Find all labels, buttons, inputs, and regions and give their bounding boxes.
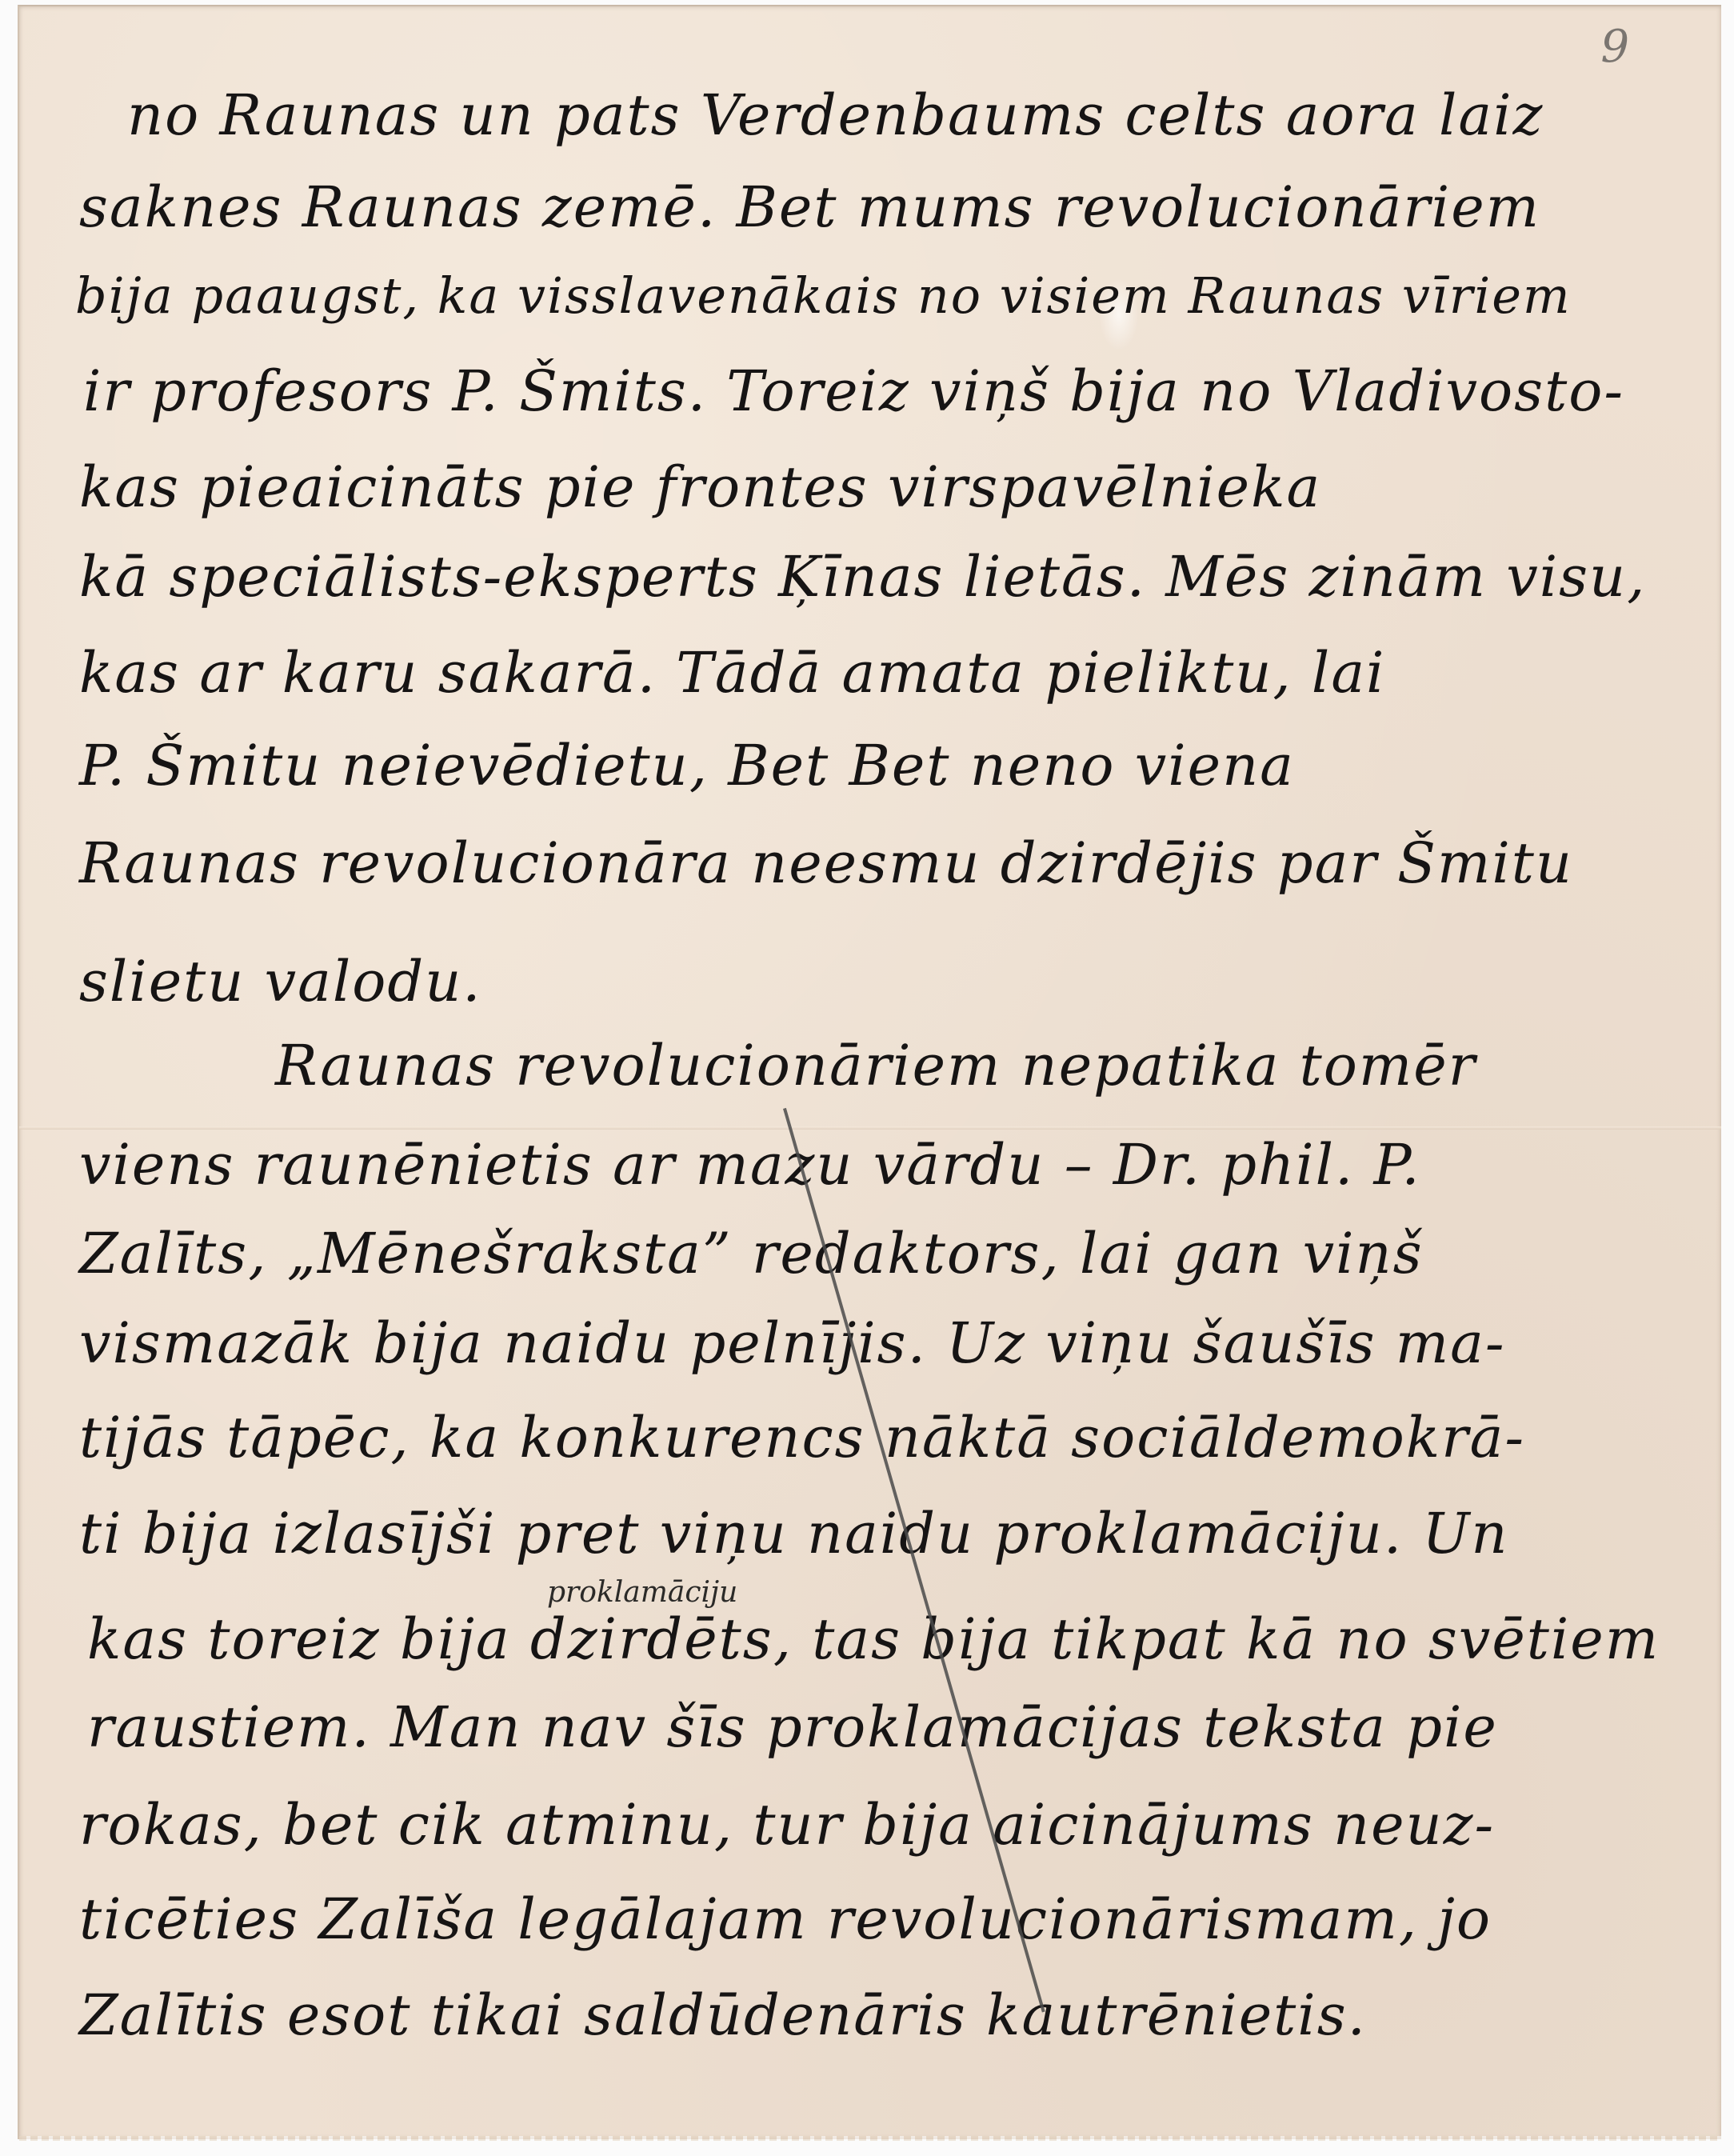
text-line-10: slietu valodu. xyxy=(79,949,482,1014)
text-line-2: saknes Raunas zemē. Bet mums revolucionā… xyxy=(79,174,1540,240)
text-line-7: kas ar karu sakarā. Tādā amata pieliktu,… xyxy=(79,640,1385,706)
text-line-12: viens raunēnietis ar mazu vārdu – Dr. ph… xyxy=(79,1132,1421,1198)
text-line-9: Raunas revolucionāra neesmu dzirdējis pa… xyxy=(79,830,1573,896)
interlinear-insertion: proklamāciju xyxy=(547,1576,737,1609)
text-line-5: kas pieaicināts pie frontes virspavēlnie… xyxy=(79,454,1321,520)
text-line-16: ti bija izlasījši pret viņu naidu prokla… xyxy=(79,1501,1508,1566)
text-line-20: ticēties Zalīša legālajam revolucionāris… xyxy=(79,1886,1492,1952)
manuscript-page: 9 no Raunas un pats Verdenbaums celts ao… xyxy=(18,5,1721,2139)
text-line-8: P. Šmitu neievēdietu, Bet Bet neno viena xyxy=(79,733,1295,798)
text-line-18: raustiem. Man nav šīs proklamācijas teks… xyxy=(87,1694,1498,1760)
text-line-21: Zalītis esot tikai saldūdenāris kautrēni… xyxy=(79,1982,1367,2048)
text-line-17: kas toreiz bija dzirdēts, tas bija tikpa… xyxy=(87,1606,1660,1672)
text-line-15: tijās tāpēc, ka konkurencs nāktā sociāld… xyxy=(79,1405,1525,1470)
text-line-19: rokas, bet cik atminu, tur bija aicināju… xyxy=(79,1792,1495,1858)
text-line-6: kā speciālists-eksperts Ķīnas lietās. Mē… xyxy=(79,544,1646,610)
torn-bottom-edge xyxy=(19,2136,1721,2141)
text-line-1: no Raunas un pats Verdenbaums celts aora… xyxy=(127,82,1544,148)
page-number: 9 xyxy=(1600,21,1629,73)
text-line-11: Raunas revolucionāriem nepatika tomēr xyxy=(275,1033,1476,1098)
horizontal-fold xyxy=(19,1126,1721,1130)
text-line-13: Zalīts, „Mēnešraksta” redaktors, lai gan… xyxy=(79,1221,1424,1286)
text-line-3: bija paaugst, ka visslavenākais no visie… xyxy=(75,266,1572,325)
text-line-4: ir profesors P. Šmits. Toreiz viņš bija … xyxy=(83,358,1624,424)
text-line-14: vismazāk bija naidu pelnījis. Uz viņu ša… xyxy=(79,1310,1506,1376)
